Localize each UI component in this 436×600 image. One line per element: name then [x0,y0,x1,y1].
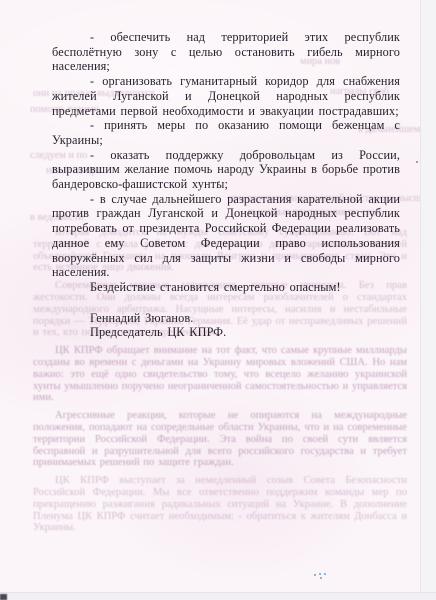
statement-item: - принять меры по оказанию помощи беженц… [52,118,400,147]
statement-item: - в случае дальнейшего разрастания карат… [52,192,400,280]
scanner-edge-bottom [0,592,436,600]
bleedthrough-paragraph: Агрессивные реакции, которые не опираютс… [33,410,407,469]
statement-item: - оказать поддержку добровольцам из Росс… [52,148,400,192]
ink-speck [416,161,418,163]
scanner-edge-right [420,0,436,600]
blue-pen-specks [314,573,315,574]
statement-text: - обеспечить над территорией этих респуб… [52,30,400,340]
signature-title: Председатель ЦК КПРФ. [52,325,400,340]
emphasis-line: Бездействие становится смертельно опасны… [52,280,400,295]
statement-item: - организовать гуманитарный коридор для … [52,74,400,118]
ink-speck [218,181,220,183]
bleedthrough-paragraph: ЦК КПРФ обращает внимание на тот факт, ч… [33,345,407,404]
scanner-corner-mark [0,594,7,600]
statement-item: - обеспечить над территорией этих респуб… [52,30,400,74]
scanned-document-page: мира нов они на правах выдающихся наград… [0,0,436,600]
signature-block: Геннадий Зюганов. Председатель ЦК КПРФ. [52,311,400,340]
signature-name: Геннадий Зюганов. [52,311,400,326]
bleedthrough-paragraph: ЦК КПРФ выступает за немедленный созыв С… [33,475,407,534]
